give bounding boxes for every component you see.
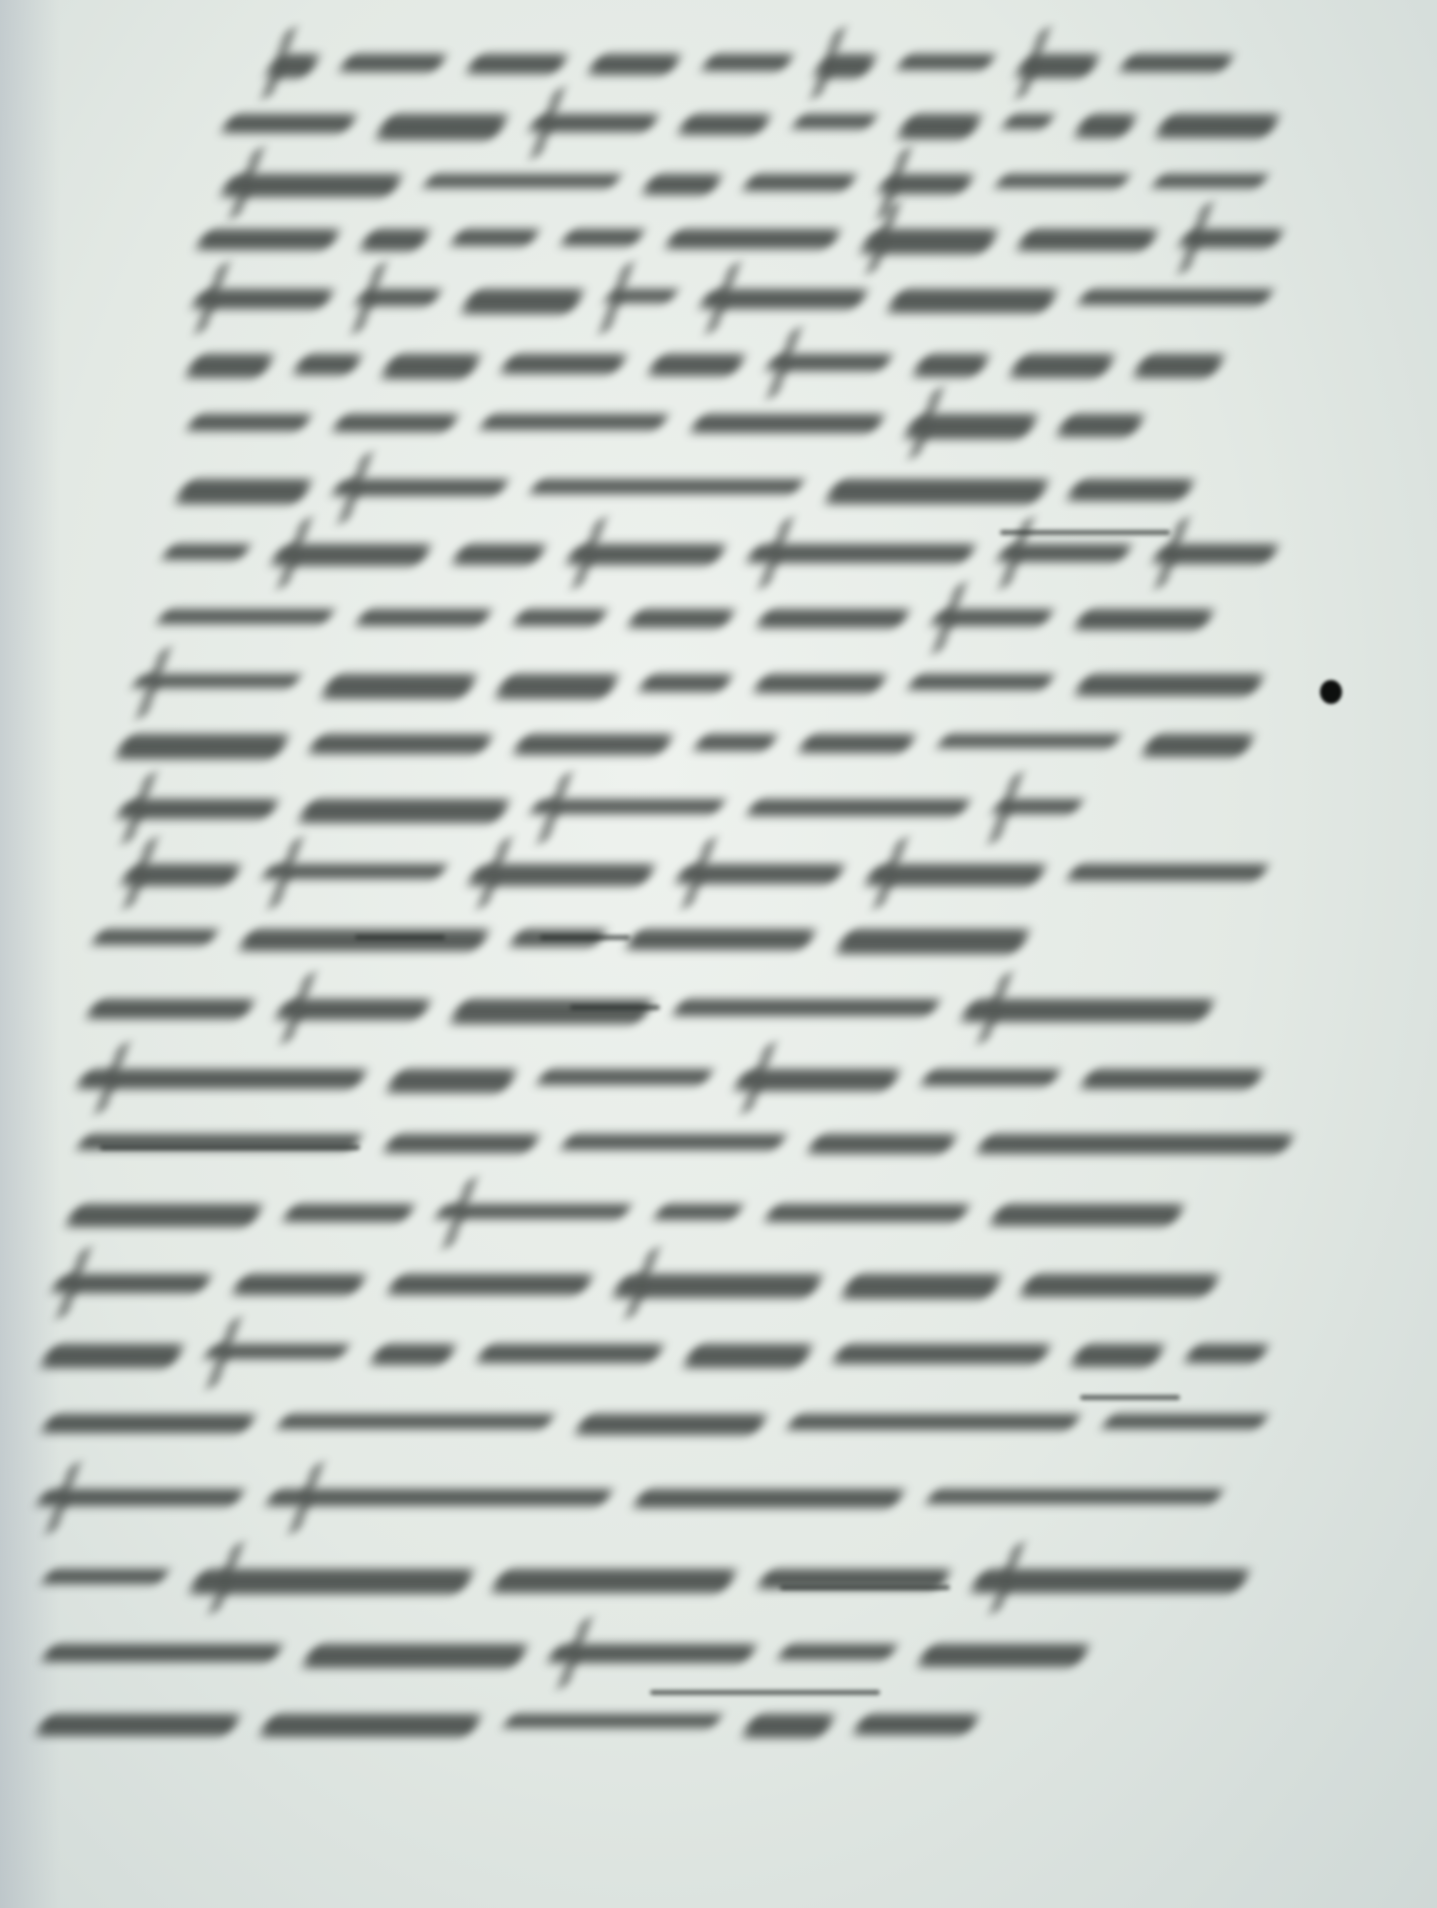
handwritten-word xyxy=(752,674,888,693)
handwritten-word xyxy=(995,174,1131,188)
handwritten-word xyxy=(184,354,276,378)
handwritten-line xyxy=(200,215,1280,275)
underline-mark xyxy=(1000,530,1170,535)
handwritten-line xyxy=(80,1120,1290,1180)
handwritten-word xyxy=(319,674,478,699)
handwritten-word xyxy=(385,1274,595,1295)
handwritten-word xyxy=(475,1344,665,1363)
handwritten-word xyxy=(565,544,728,565)
handwritten-word xyxy=(632,1489,906,1508)
handwritten-word xyxy=(959,999,1216,1022)
handwritten-line xyxy=(120,720,1250,780)
handwritten-word xyxy=(929,609,1054,626)
handwritten-word xyxy=(338,54,447,72)
handwritten-word xyxy=(896,114,984,139)
handwritten-word xyxy=(64,1204,264,1227)
handwritten-word xyxy=(1069,1344,1166,1367)
handwritten-word xyxy=(682,1344,815,1368)
handwritten-word xyxy=(75,1069,369,1089)
manuscript-page: Text not legible in the image; no transc… xyxy=(0,0,1437,1908)
handwritten-word xyxy=(896,54,997,70)
handwritten-line xyxy=(160,595,1210,655)
handwritten-word xyxy=(85,999,257,1019)
handwritten-word xyxy=(637,674,734,692)
handwritten-word xyxy=(460,289,586,314)
handwritten-word xyxy=(34,1714,242,1736)
handwritten-word xyxy=(450,544,548,565)
handwritten-line xyxy=(225,160,1265,220)
handwritten-word xyxy=(1054,414,1145,437)
handwritten-word xyxy=(834,929,1031,954)
handwritten-word xyxy=(490,1569,739,1593)
handwritten-word xyxy=(1131,354,1226,378)
handwritten-word xyxy=(968,1569,1251,1593)
handwritten-word xyxy=(186,414,313,431)
handwritten-line xyxy=(45,1330,1265,1390)
handwritten-word xyxy=(281,1204,415,1222)
underline-mark xyxy=(355,935,445,940)
handwritten-word xyxy=(812,54,879,78)
handwritten-line xyxy=(45,1630,1085,1690)
handwritten-word xyxy=(499,354,629,374)
handwritten-word xyxy=(587,54,683,75)
handwritten-word xyxy=(742,174,858,191)
handwritten-word xyxy=(1079,1069,1265,1089)
underline-mark xyxy=(100,1145,360,1150)
handwritten-word xyxy=(41,1569,169,1584)
handwritten-word xyxy=(885,289,1059,313)
handwritten-word xyxy=(38,1344,185,1368)
handwritten-word xyxy=(1073,674,1265,696)
handwritten-word xyxy=(156,609,335,624)
handwritten-word xyxy=(626,609,737,628)
handwritten-word xyxy=(261,864,448,879)
handwritten-word xyxy=(1072,114,1138,138)
handwritten-line xyxy=(135,660,1260,720)
handwritten-word xyxy=(995,544,1132,562)
handwritten-word xyxy=(765,354,894,371)
handwritten-word xyxy=(671,999,941,1016)
handwritten-word xyxy=(296,799,511,823)
handwritten-word xyxy=(1072,609,1215,630)
handwritten-word xyxy=(746,799,972,816)
handwritten-line xyxy=(40,1475,1220,1535)
handwritten-line xyxy=(165,530,1275,590)
underline-mark xyxy=(650,1690,880,1695)
handwritten-word xyxy=(740,1714,835,1738)
ink-dot-mark xyxy=(1320,680,1342,704)
handwritten-word xyxy=(368,1344,457,1365)
handwritten-word xyxy=(646,354,747,376)
handwritten-word xyxy=(763,1204,971,1222)
handwritten-word xyxy=(331,414,460,432)
handwritten-word xyxy=(358,229,432,251)
handwritten-line xyxy=(95,915,1025,975)
handwritten-word xyxy=(1018,1274,1221,1297)
handwritten-word xyxy=(115,799,281,819)
handwritten-line xyxy=(180,465,1190,525)
handwritten-word xyxy=(1153,114,1281,138)
handwritten-line xyxy=(195,275,1270,335)
handwritten-word xyxy=(264,1489,614,1506)
handwritten-word xyxy=(354,609,492,626)
handwritten-line xyxy=(270,40,1230,100)
handwritten-word xyxy=(422,174,622,188)
handwritten-word xyxy=(851,1714,980,1735)
handwritten-word xyxy=(511,609,608,626)
handwritten-word xyxy=(536,1069,714,1085)
handwritten-word xyxy=(674,864,847,884)
handwritten-word xyxy=(258,1714,483,1737)
handwritten-word xyxy=(264,54,321,78)
handwritten-word xyxy=(1183,1344,1270,1363)
handwritten-word xyxy=(864,864,1049,886)
handwritten-word xyxy=(559,229,645,246)
handwritten-word xyxy=(1119,54,1235,72)
handwritten-line xyxy=(80,1055,1260,1115)
handwritten-word xyxy=(187,1569,475,1594)
handwritten-word xyxy=(1066,479,1196,501)
handwritten-word xyxy=(330,479,510,496)
handwritten-word xyxy=(307,734,494,754)
handwritten-word xyxy=(270,544,434,566)
handwritten-word xyxy=(173,479,313,504)
handwritten-word xyxy=(375,114,511,140)
handwritten-word xyxy=(384,1069,518,1093)
handwritten-line xyxy=(190,340,1220,400)
handwritten-word xyxy=(161,544,252,560)
handwritten-word xyxy=(113,734,290,759)
handwritten-word xyxy=(991,799,1084,814)
handwritten-line xyxy=(70,1190,1180,1250)
handwritten-word xyxy=(546,1644,758,1663)
handwritten-word xyxy=(936,734,1121,748)
handwritten-word xyxy=(529,479,805,494)
handwritten-word xyxy=(291,354,363,375)
handwritten-word xyxy=(925,1489,1224,1504)
handwritten-word xyxy=(603,289,678,303)
handwritten-word xyxy=(1076,289,1274,305)
handwritten-word xyxy=(700,54,794,71)
handwritten-word xyxy=(380,354,483,379)
handwritten-word xyxy=(273,999,432,1020)
handwritten-line xyxy=(120,785,1080,845)
handwritten-word xyxy=(786,1414,1081,1430)
handwritten-word xyxy=(560,1134,787,1150)
handwritten-word xyxy=(220,114,359,133)
handwritten-word xyxy=(1015,229,1159,251)
handwritten-word xyxy=(755,609,911,628)
handwritten-word xyxy=(611,1274,824,1298)
underline-mark xyxy=(1080,1395,1180,1400)
handwritten-line xyxy=(225,100,1275,160)
handwritten-line xyxy=(40,1700,975,1760)
handwritten-word xyxy=(839,1274,1003,1299)
handwritten-word xyxy=(231,1274,369,1295)
handwritten-word xyxy=(1140,734,1256,757)
handwritten-word xyxy=(203,1344,350,1359)
handwritten-word xyxy=(50,1274,213,1293)
handwritten-word xyxy=(1066,864,1270,881)
handwritten-word xyxy=(91,929,219,945)
handwritten-word xyxy=(36,1489,246,1506)
underline-mark xyxy=(780,1585,950,1590)
handwritten-word xyxy=(806,1134,958,1154)
handwritten-line xyxy=(125,850,1265,910)
handwritten-word xyxy=(1014,54,1102,78)
handwritten-line xyxy=(90,985,1210,1045)
handwritten-word xyxy=(40,1644,284,1662)
handwritten-word xyxy=(450,229,541,246)
handwritten-word xyxy=(677,114,773,135)
handwritten-line xyxy=(55,1260,1215,1320)
handwritten-line xyxy=(190,400,1140,460)
handwritten-word xyxy=(625,929,818,950)
handwritten-word xyxy=(1007,354,1116,378)
handwritten-word xyxy=(479,414,670,430)
handwritten-word xyxy=(692,734,778,751)
handwritten-word xyxy=(494,674,621,699)
handwritten-word xyxy=(902,414,1039,439)
handwritten-word xyxy=(641,174,724,195)
handwritten-word xyxy=(777,1644,898,1660)
handwritten-word xyxy=(652,1204,744,1220)
handwritten-line xyxy=(45,1555,1245,1615)
handwritten-word xyxy=(1101,1414,1269,1429)
underline-mark xyxy=(540,935,630,940)
handwritten-word xyxy=(511,734,674,755)
handwritten-word xyxy=(1151,174,1268,188)
handwritten-word xyxy=(190,289,336,309)
handwritten-word xyxy=(527,114,659,132)
handwritten-word xyxy=(911,354,992,377)
handwritten-word xyxy=(916,1644,1091,1667)
handwritten-word xyxy=(573,1414,768,1435)
handwritten-word xyxy=(434,1204,632,1219)
handwritten-word xyxy=(919,1069,1061,1086)
handwritten-word xyxy=(219,174,404,197)
handwritten-word xyxy=(465,54,569,74)
handwritten-word xyxy=(988,1204,1186,1226)
handwritten-word xyxy=(823,479,1050,504)
handwritten-word xyxy=(502,1714,722,1728)
handwritten-word xyxy=(858,229,1000,254)
handwritten-line xyxy=(45,1400,1265,1460)
underline-mark xyxy=(570,1005,660,1010)
handwritten-word xyxy=(907,674,1056,690)
handwritten-word xyxy=(797,734,917,753)
handwritten-word xyxy=(301,1644,530,1668)
handwritten-word xyxy=(382,1134,541,1153)
handwritten-word xyxy=(663,229,842,249)
handwritten-word xyxy=(1001,114,1055,129)
handwritten-word xyxy=(689,414,886,433)
handwritten-word xyxy=(745,544,977,563)
handwritten-word xyxy=(448,999,655,1024)
handwritten-word xyxy=(1150,544,1280,564)
handwritten-word xyxy=(237,929,491,951)
handwritten-word xyxy=(876,174,976,194)
handwritten-word xyxy=(791,114,878,129)
handwritten-word xyxy=(119,864,242,886)
handwritten-word xyxy=(529,799,727,814)
handwritten-word xyxy=(131,674,302,688)
handwritten-word xyxy=(732,1069,902,1091)
handwritten-word xyxy=(195,229,342,250)
handwritten-word xyxy=(276,1414,555,1429)
handwritten-word xyxy=(1177,229,1285,248)
transcription-note: Text not legible in the image; no transc… xyxy=(0,0,1,1)
handwritten-word xyxy=(831,1344,1052,1364)
handwritten-word xyxy=(40,1414,257,1433)
handwritten-word xyxy=(697,289,868,309)
handwritten-word xyxy=(353,289,442,306)
handwritten-word xyxy=(975,1134,1295,1154)
handwritten-word xyxy=(466,864,657,886)
